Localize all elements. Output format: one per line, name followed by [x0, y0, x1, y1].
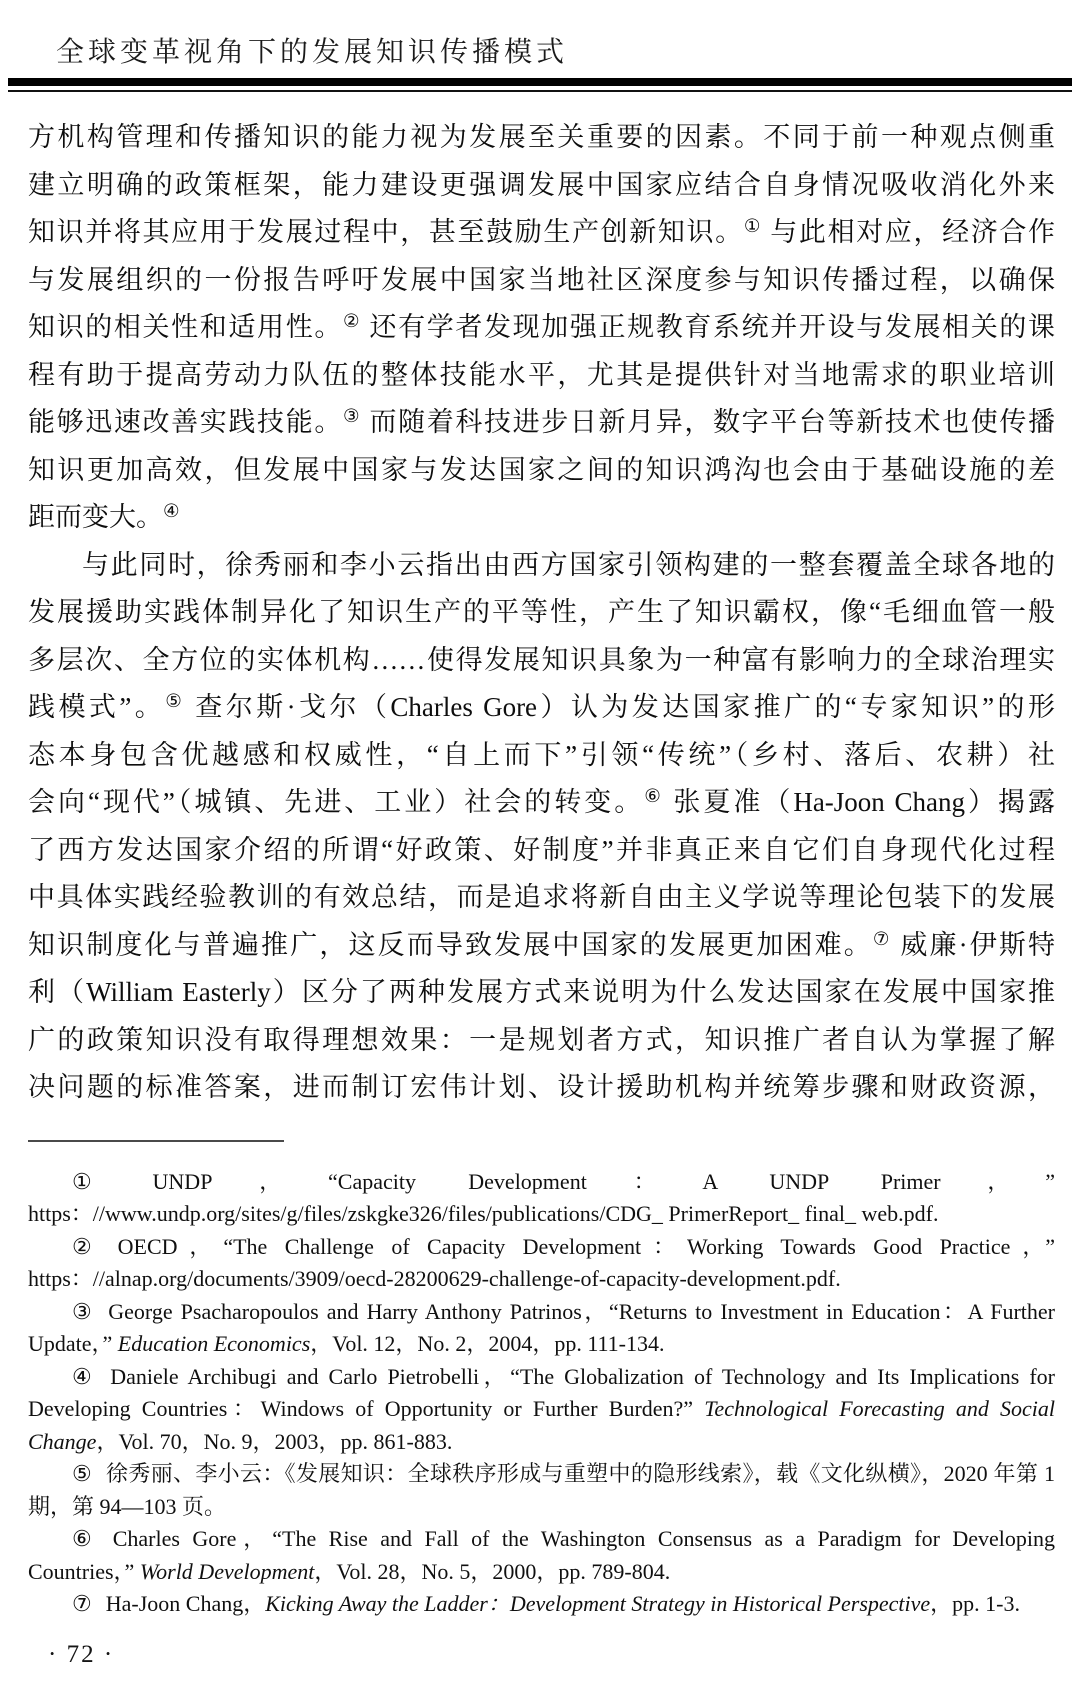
footnote-marker: ⑦ — [72, 1591, 92, 1616]
footnotes-list: ①UNDP，“Capacity Development：A UNDP Prime… — [28, 1166, 1055, 1621]
body-line: 知识制度化与普遍推广，这反而导致发展中国家的发展更加困难。⑦ 威廉·伊斯特 — [28, 922, 1055, 970]
footnote-marker: ④ — [72, 1364, 96, 1389]
footnote-item: ⑥Charles Gore，“The Rise and Fall of the … — [28, 1523, 1055, 1588]
footnote-marker: ⑤ — [72, 1461, 92, 1486]
footnote-marker: ② — [72, 1234, 104, 1259]
footnote-ref: ③ — [343, 406, 361, 426]
footnote-separator — [28, 1140, 284, 1142]
footnote-text: 徐秀丽、李小云：《发展知识：全球秩序形成与重塑中的隐形线索》，载《文化纵横》，2… — [28, 1461, 1055, 1519]
running-head-title: 全球变革视角下的发展知识传播模式 — [0, 0, 1080, 78]
body-line: 建立明确的政策框架，能力建设更强调发展中国家应结合自身情况吸收消化外来 — [28, 162, 1055, 210]
footnote-ref: ② — [343, 311, 361, 331]
footnote-ref: ⑤ — [165, 691, 185, 711]
page-number: · 72 · — [48, 1641, 1080, 1669]
body-line: 利（William Easterly）区分了两种发展方式来说明为什么发达国家在发… — [28, 969, 1055, 1017]
footnote-title-italic: Education Economics — [118, 1331, 310, 1356]
footnote-text: Ha-Joon Chang， — [106, 1591, 265, 1616]
footnote-item: ①UNDP，“Capacity Development：A UNDP Prime… — [28, 1166, 1055, 1231]
body-line: 方机构管理和传播知识的能力视为发展至关重要的因素。不同于前一种观点侧重 — [28, 114, 1055, 162]
footnote-marker: ① — [72, 1169, 139, 1194]
journal-page: 全球变革视角下的发展知识传播模式 方机构管理和传播知识的能力视为发展至关重要的因… — [0, 0, 1080, 1689]
footnote-item: ⑤徐秀丽、李小云：《发展知识：全球秩序形成与重塑中的隐形线索》，载《文化纵横》，… — [28, 1458, 1055, 1523]
body-line: 与此同时，徐秀丽和李小云指出由西方国家引领构建的一整套覆盖全球各地的 — [28, 542, 1055, 590]
footnote-marker: ⑥ — [72, 1526, 99, 1551]
body-line: 多层次、全方位的实体机构……使得发展知识具象为一种富有影响力的全球治理实 — [28, 637, 1055, 685]
body-line: 决问题的标准答案，进而制订宏伟计划、设计援助机构并统筹步骤和财政资源， — [28, 1064, 1055, 1112]
footnote-title-italic: Kicking Away the Ladder：Development Stra… — [265, 1591, 930, 1616]
body-line: 践模式”。⑤ 查尔斯·戈尔（Charles Gore）认为发达国家推广的“专家知… — [28, 684, 1055, 732]
footnote-item: ⑦Ha-Joon Chang，Kicking Away the Ladder：D… — [28, 1588, 1055, 1621]
footnote-item: ②OECD，“The Challenge of Capacity Develop… — [28, 1231, 1055, 1296]
footnote-text: ，Vol. 70，No. 9，2003，pp. 861-883. — [96, 1429, 452, 1454]
footnote-text: OECD，“The Challenge of Capacity Developm… — [28, 1234, 1055, 1292]
body-line: 态本身包含优越感和权威性，“自上而下”引领“传统”（乡村、落后、农耕）社 — [28, 732, 1055, 780]
footnote-item: ④Daniele Archibugi and Carlo Pietrobelli… — [28, 1361, 1055, 1459]
body-line: 中具体实践经验教训的有效总结，而是追求将新自由主义学说等理论包装下的发展 — [28, 874, 1055, 922]
body-line: 广的政策知识没有取得理想效果：一是规划者方式，知识推广者自认为掌握了解 — [28, 1017, 1055, 1065]
body-line: 知识并将其应用于发展过程中，甚至鼓励生产创新知识。① 与此相对应，经济合作 — [28, 209, 1055, 257]
footnote-ref: ④ — [163, 501, 179, 521]
footnote-text: UNDP，“Capacity Development：A UNDP Primer… — [28, 1169, 1055, 1227]
footnote-marker: ③ — [72, 1299, 94, 1324]
header-rule-thick — [8, 78, 1072, 86]
footnote-ref: ⑦ — [873, 928, 892, 948]
body-line: 了西方发达国家介绍的所谓“好政策、好制度”并非真正来自它们自身现代化过程 — [28, 827, 1055, 875]
body-line: 能够迅速改善实践技能。③ 而随着科技进步日新月异，数字平台等新技术也使传播 — [28, 399, 1055, 447]
body-line: 知识的相关性和适用性。② 还有学者发现加强正规教育系统并开设与发展相关的课 — [28, 304, 1055, 352]
footnote-ref: ⑥ — [644, 786, 663, 806]
body-line: 发展援助实践体制异化了知识生产的平等性，产生了知识霸权，像“毛细血管一般 — [28, 589, 1055, 637]
body-line: 程有助于提高劳动力队伍的整体技能水平，尤其是提供针对当地需求的职业培训 — [28, 352, 1055, 400]
footnote-text: ，Vol. 12，No. 2，2004，pp. 111-134. — [310, 1331, 664, 1356]
footnote-title-italic: World Development — [140, 1559, 315, 1584]
body-line: 与发展组织的一份报告呼吁发展中国家当地社区深度参与知识传播过程，以确保 — [28, 257, 1055, 305]
body-line: 距而变大。④ — [28, 494, 1055, 542]
footnote-ref: ① — [744, 216, 762, 236]
body-line: 会向“现代”（城镇、先进、工业）社会的转变。⑥ 张夏准（Ha-Joon Chan… — [28, 779, 1055, 827]
body-line: 知识更加高效，但发展中国家与发达国家之间的知识鸿沟也会由于基础设施的差 — [28, 447, 1055, 495]
header-rule-thin — [8, 90, 1072, 92]
footnote-item: ③George Psacharopoulos and Harry Anthony… — [28, 1296, 1055, 1361]
footnote-text: ，pp. 1-3. — [930, 1591, 1020, 1616]
footnote-text: ，Vol. 28，No. 5，2000，pp. 789-804. — [314, 1559, 670, 1584]
body-text: 方机构管理和传播知识的能力视为发展至关重要的因素。不同于前一种观点侧重建立明确的… — [28, 114, 1055, 1112]
